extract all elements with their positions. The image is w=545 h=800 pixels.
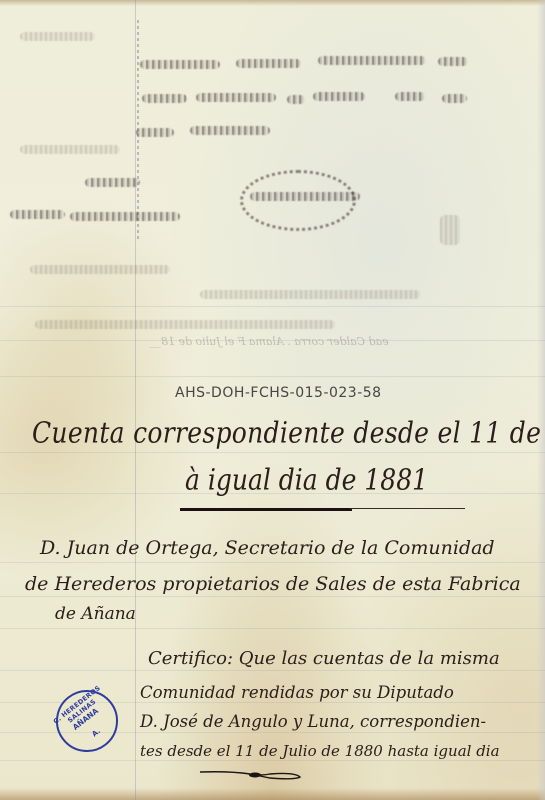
paper-edge-bottom xyxy=(0,788,545,800)
title-underline xyxy=(180,508,352,511)
body-line: Comunidad rendidas por su Diputado xyxy=(140,683,454,702)
body-line: Certifico: Que las cuentas de la misma xyxy=(148,648,500,669)
paper-edge-right xyxy=(537,0,545,800)
archive-reference-code: AHS-DOH-FCHS-015-023-58 xyxy=(175,385,382,401)
separator-line xyxy=(350,508,465,509)
paper-edge-top xyxy=(0,0,545,6)
body-line: D. José de Angulo y Luna, correspondien- xyxy=(140,712,486,731)
body-line: tes desde el 11 de Julio de 1880 hasta i… xyxy=(140,742,500,760)
ink-flourish xyxy=(200,770,305,782)
body-line: de Añana xyxy=(55,604,136,624)
archive-stamp: C. HEREDEROS SALINAS AÑANA A. xyxy=(43,677,130,764)
document-title-line-2: à igual dia de 1881 xyxy=(185,463,428,496)
body-line: de Herederos propietarios de Sales de es… xyxy=(25,573,521,595)
margin-line xyxy=(135,0,136,800)
manuscript-page: ead Calder corra . Alama F el Julio de 1… xyxy=(0,0,545,800)
body-line: D. Juan de Ortega, Secretario de la Comu… xyxy=(40,537,495,559)
document-title-line-1: Cuenta correspondiente desde el 11 de Ju… xyxy=(32,416,545,449)
